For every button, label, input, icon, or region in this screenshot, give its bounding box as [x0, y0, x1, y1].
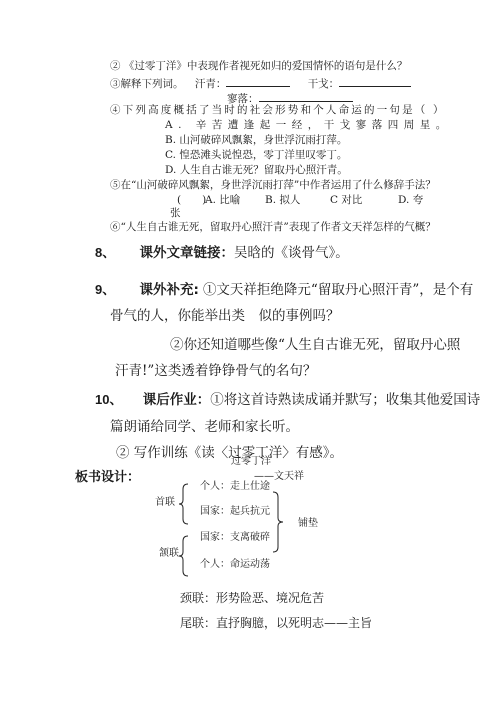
left-brace-icon: [178, 483, 190, 525]
board-group-shoulian: 首联: [155, 497, 175, 509]
section-10: 10、 课后作业：①将这首诗熟读成诵并默写；收集其他爱国诗: [95, 391, 480, 409]
board-line-weilian: 尾联：直抒胸臆，以死明志——主旨: [180, 615, 372, 631]
question-5-option-a: A. 比喻: [205, 193, 240, 207]
left-brace-icon: [178, 535, 190, 577]
question-5-option-d: D. 夸: [398, 193, 423, 207]
section-9-line-4: 汗青!”这类透着铮铮骨气的名句？: [115, 362, 316, 380]
section-9-number: 9、: [95, 282, 115, 297]
question-5-option-b: B. 拟人: [265, 193, 300, 207]
question-2: ② 《过零丁洋》中表现作者视死如归的爱国情怀的语句是什么？: [110, 59, 407, 73]
board-merge-label: 铺垫: [298, 518, 318, 530]
question-4-option-a: A. 辛苦遭逢起一经，干戈寥落四周星。: [165, 118, 452, 132]
section-8-number: 8、: [95, 245, 115, 260]
question-5-stem: ⑤在“山河破碎风飘絮，身世浮沉雨打萍”中作者运用了什么修辞手法？: [110, 178, 436, 192]
section-9: 9、 课外补充:①文天祥拒绝降元“留取丹心照汗青”，是个有: [95, 281, 473, 299]
question-3: ③解释下列词。 汗青： 干戈：: [110, 75, 411, 91]
question-3-label: ③解释下列词。: [110, 78, 184, 90]
board-heading: 板书设计：: [75, 469, 140, 487]
term-hanqing: 汗青：: [195, 78, 227, 90]
section-9-title: 课外补充:: [140, 282, 199, 298]
section-8-title: 课外文章链接：: [140, 245, 235, 261]
board-item-2: 国家：起兵抗元: [200, 506, 270, 518]
section-8: 8、 课外文章链接：吴晗的《谈骨气》。: [95, 244, 349, 262]
board-item-1: 个人：走上仕途: [200, 481, 270, 493]
board-group-hanlian: 颔联: [159, 548, 179, 560]
section-10-line-3: ② 写作训练《读〈过零丁洋〉有感》。: [116, 444, 343, 462]
board-line-jinglian: 颈联：形势险恶、境况危苦: [180, 590, 324, 606]
blank-gange[interactable]: [339, 75, 411, 87]
question-4-stem: ④下列高度概括了当时的社会形势和个人命运的一句是（ ）: [110, 103, 446, 117]
question-5-option-d-wrap: 张: [170, 206, 181, 220]
question-5-answer-paren[interactable]: ( ): [177, 193, 206, 207]
question-6: ⑥“人生自古谁无死，留取丹心照汗青”表现了作者文天祥怎样的气概？: [110, 220, 436, 234]
right-brace-icon: [272, 491, 284, 553]
question-4-option-d: D. 人生自古谁无死？留取丹心照汗青。: [165, 163, 348, 177]
question-4-option-b: B. 山河破碎风飘絮，身世浮沉雨打萍。: [165, 133, 347, 147]
blank-liaoluo[interactable]: [259, 90, 353, 102]
board-item-4: 个人：命运动荡: [200, 559, 270, 571]
question-4-option-c: C. 惶恐滩头说惶恐，零丁洋里叹零丁。: [165, 148, 347, 162]
section-9-line-1: ①文天祥拒绝降元“留取丹心照汗青”，是个有: [203, 282, 473, 298]
question-5-option-c: C 对比: [330, 193, 362, 207]
section-10-line-1: ①将这首诗熟读成诵并默写；收集其他爱国诗: [210, 392, 480, 408]
section-9-line-2: 骨气的人，你能举出类 似的事例吗？: [110, 307, 340, 325]
section-10-title: 课后作业：: [143, 392, 211, 408]
section-10-line-2: 篇朗诵给同学、老师和家长听。: [110, 418, 299, 436]
section-8-text: 吴晗的《谈骨气》。: [234, 245, 349, 261]
board-item-3: 国家：支离破碎: [200, 532, 270, 544]
board-title: 过零丁洋: [231, 456, 271, 468]
section-10-number: 10、: [95, 392, 122, 407]
section-9-line-3: ②你还知道哪些像“人生自古谁无死，留取丹心照: [170, 336, 460, 354]
blank-hanqing[interactable]: [226, 75, 290, 87]
term-gange: 干戈：: [308, 78, 340, 90]
